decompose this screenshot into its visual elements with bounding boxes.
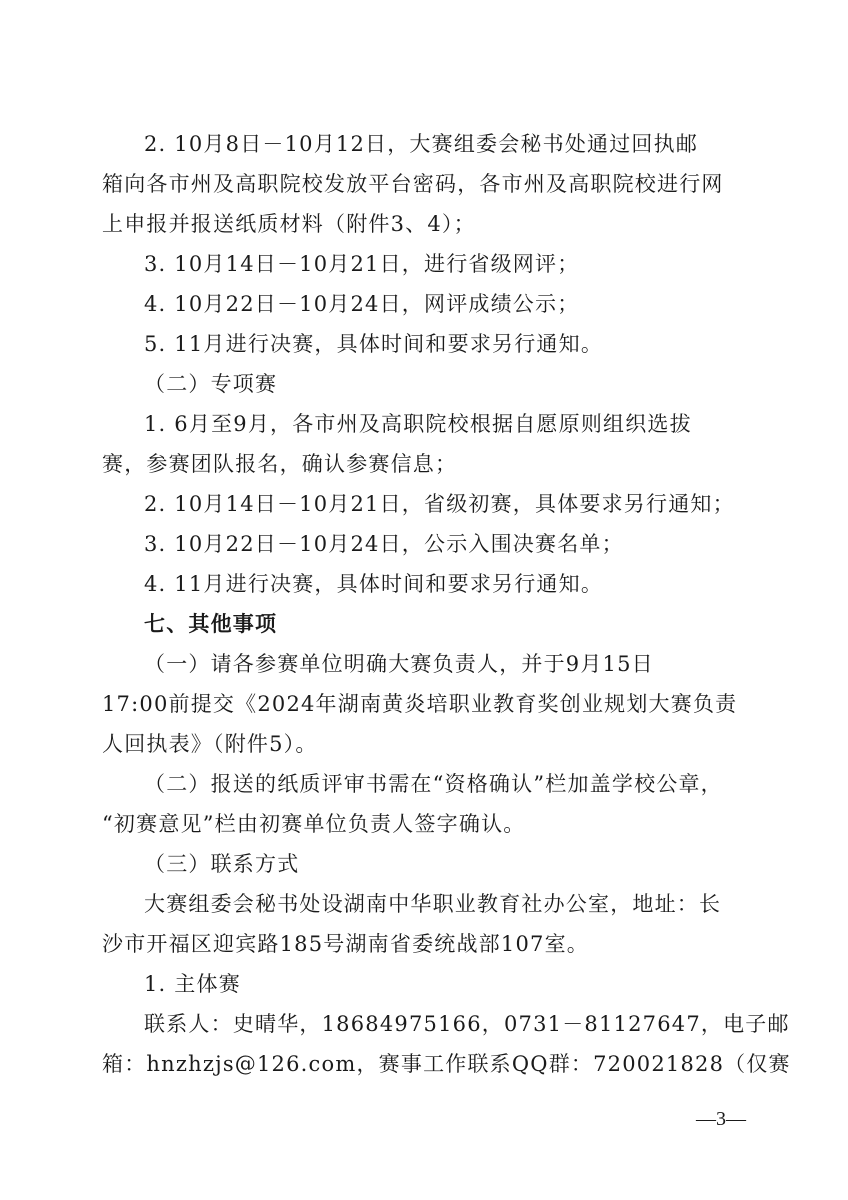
page-number: —3— bbox=[696, 1106, 746, 1132]
text-line-schedule-3: 3. 10月14日－10月21日，进行省级网评； bbox=[144, 249, 794, 279]
section-heading-other-matters: 七、其他事项 bbox=[144, 609, 794, 639]
text-line-special-2: 2. 10月14日－10月21日，省级初赛，具体要求另行通知； bbox=[144, 489, 794, 519]
text-line-address-cont: 沙市开福区迎宾路185号湖南省委统战部107室。 bbox=[102, 929, 752, 959]
text-line-contact-person: 联系人：史晴华，18684975166，0731－81127647，电子邮 bbox=[144, 1009, 794, 1039]
text-line-other-1-cont2: 人回执表》（附件5）。 bbox=[102, 729, 752, 759]
text-line-other-1-cont: 17:00前提交《2024年湖南黄炎培职业教育奖创业规划大赛负责 bbox=[102, 689, 752, 719]
text-line-address: 大赛组委会秘书处设湖南中华职业教育社办公室，地址：长 bbox=[144, 889, 794, 919]
text-line-schedule-2-cont2: 上申报并报送纸质材料（附件3、4）； bbox=[102, 209, 752, 239]
text-line-schedule-2: 2. 10月8日－10月12日，大赛组委会秘书处通过回执邮 bbox=[144, 129, 794, 159]
subheading-special-contest: （二）专项赛 bbox=[144, 369, 794, 399]
text-line-other-2: （二）报送的纸质评审书需在“资格确认”栏加盖学校公章， bbox=[144, 769, 794, 799]
text-line-schedule-2-cont: 箱向各市州及高职院校发放平台密码，各市州及高职院校进行网 bbox=[102, 169, 752, 199]
text-line-special-1-cont: 赛，参赛团队报名，确认参赛信息； bbox=[102, 449, 752, 479]
text-line-special-3: 3. 10月22日－10月24日，公示入围决赛名单； bbox=[144, 529, 794, 559]
text-line-special-1: 1. 6月至9月，各市州及高职院校根据自愿原则组织选拔 bbox=[144, 409, 794, 439]
text-line-other-1: （一）请各参赛单位明确大赛负责人，并于9月15日 bbox=[144, 649, 794, 679]
text-line-special-4: 4. 11月进行决赛，具体时间和要求另行通知。 bbox=[144, 569, 794, 599]
subheading-main-contest: 1. 主体赛 bbox=[144, 969, 794, 999]
text-line-schedule-4: 4. 10月22日－10月24日，网评成绩公示； bbox=[144, 289, 794, 319]
document-page: 2. 10月8日－10月12日，大赛组委会秘书处通过回执邮 箱向各市州及高职院校… bbox=[0, 0, 848, 1200]
text-line-contact-email: 箱：hnzhzjs@126.com，赛事工作联系QQ群：720021828（仅赛 bbox=[102, 1049, 752, 1079]
text-line-schedule-5: 5. 11月进行决赛，具体时间和要求另行通知。 bbox=[144, 329, 794, 359]
text-line-other-2-cont: “初赛意见”栏由初赛单位负责人签字确认。 bbox=[102, 809, 752, 839]
subheading-contact: （三）联系方式 bbox=[144, 849, 794, 879]
